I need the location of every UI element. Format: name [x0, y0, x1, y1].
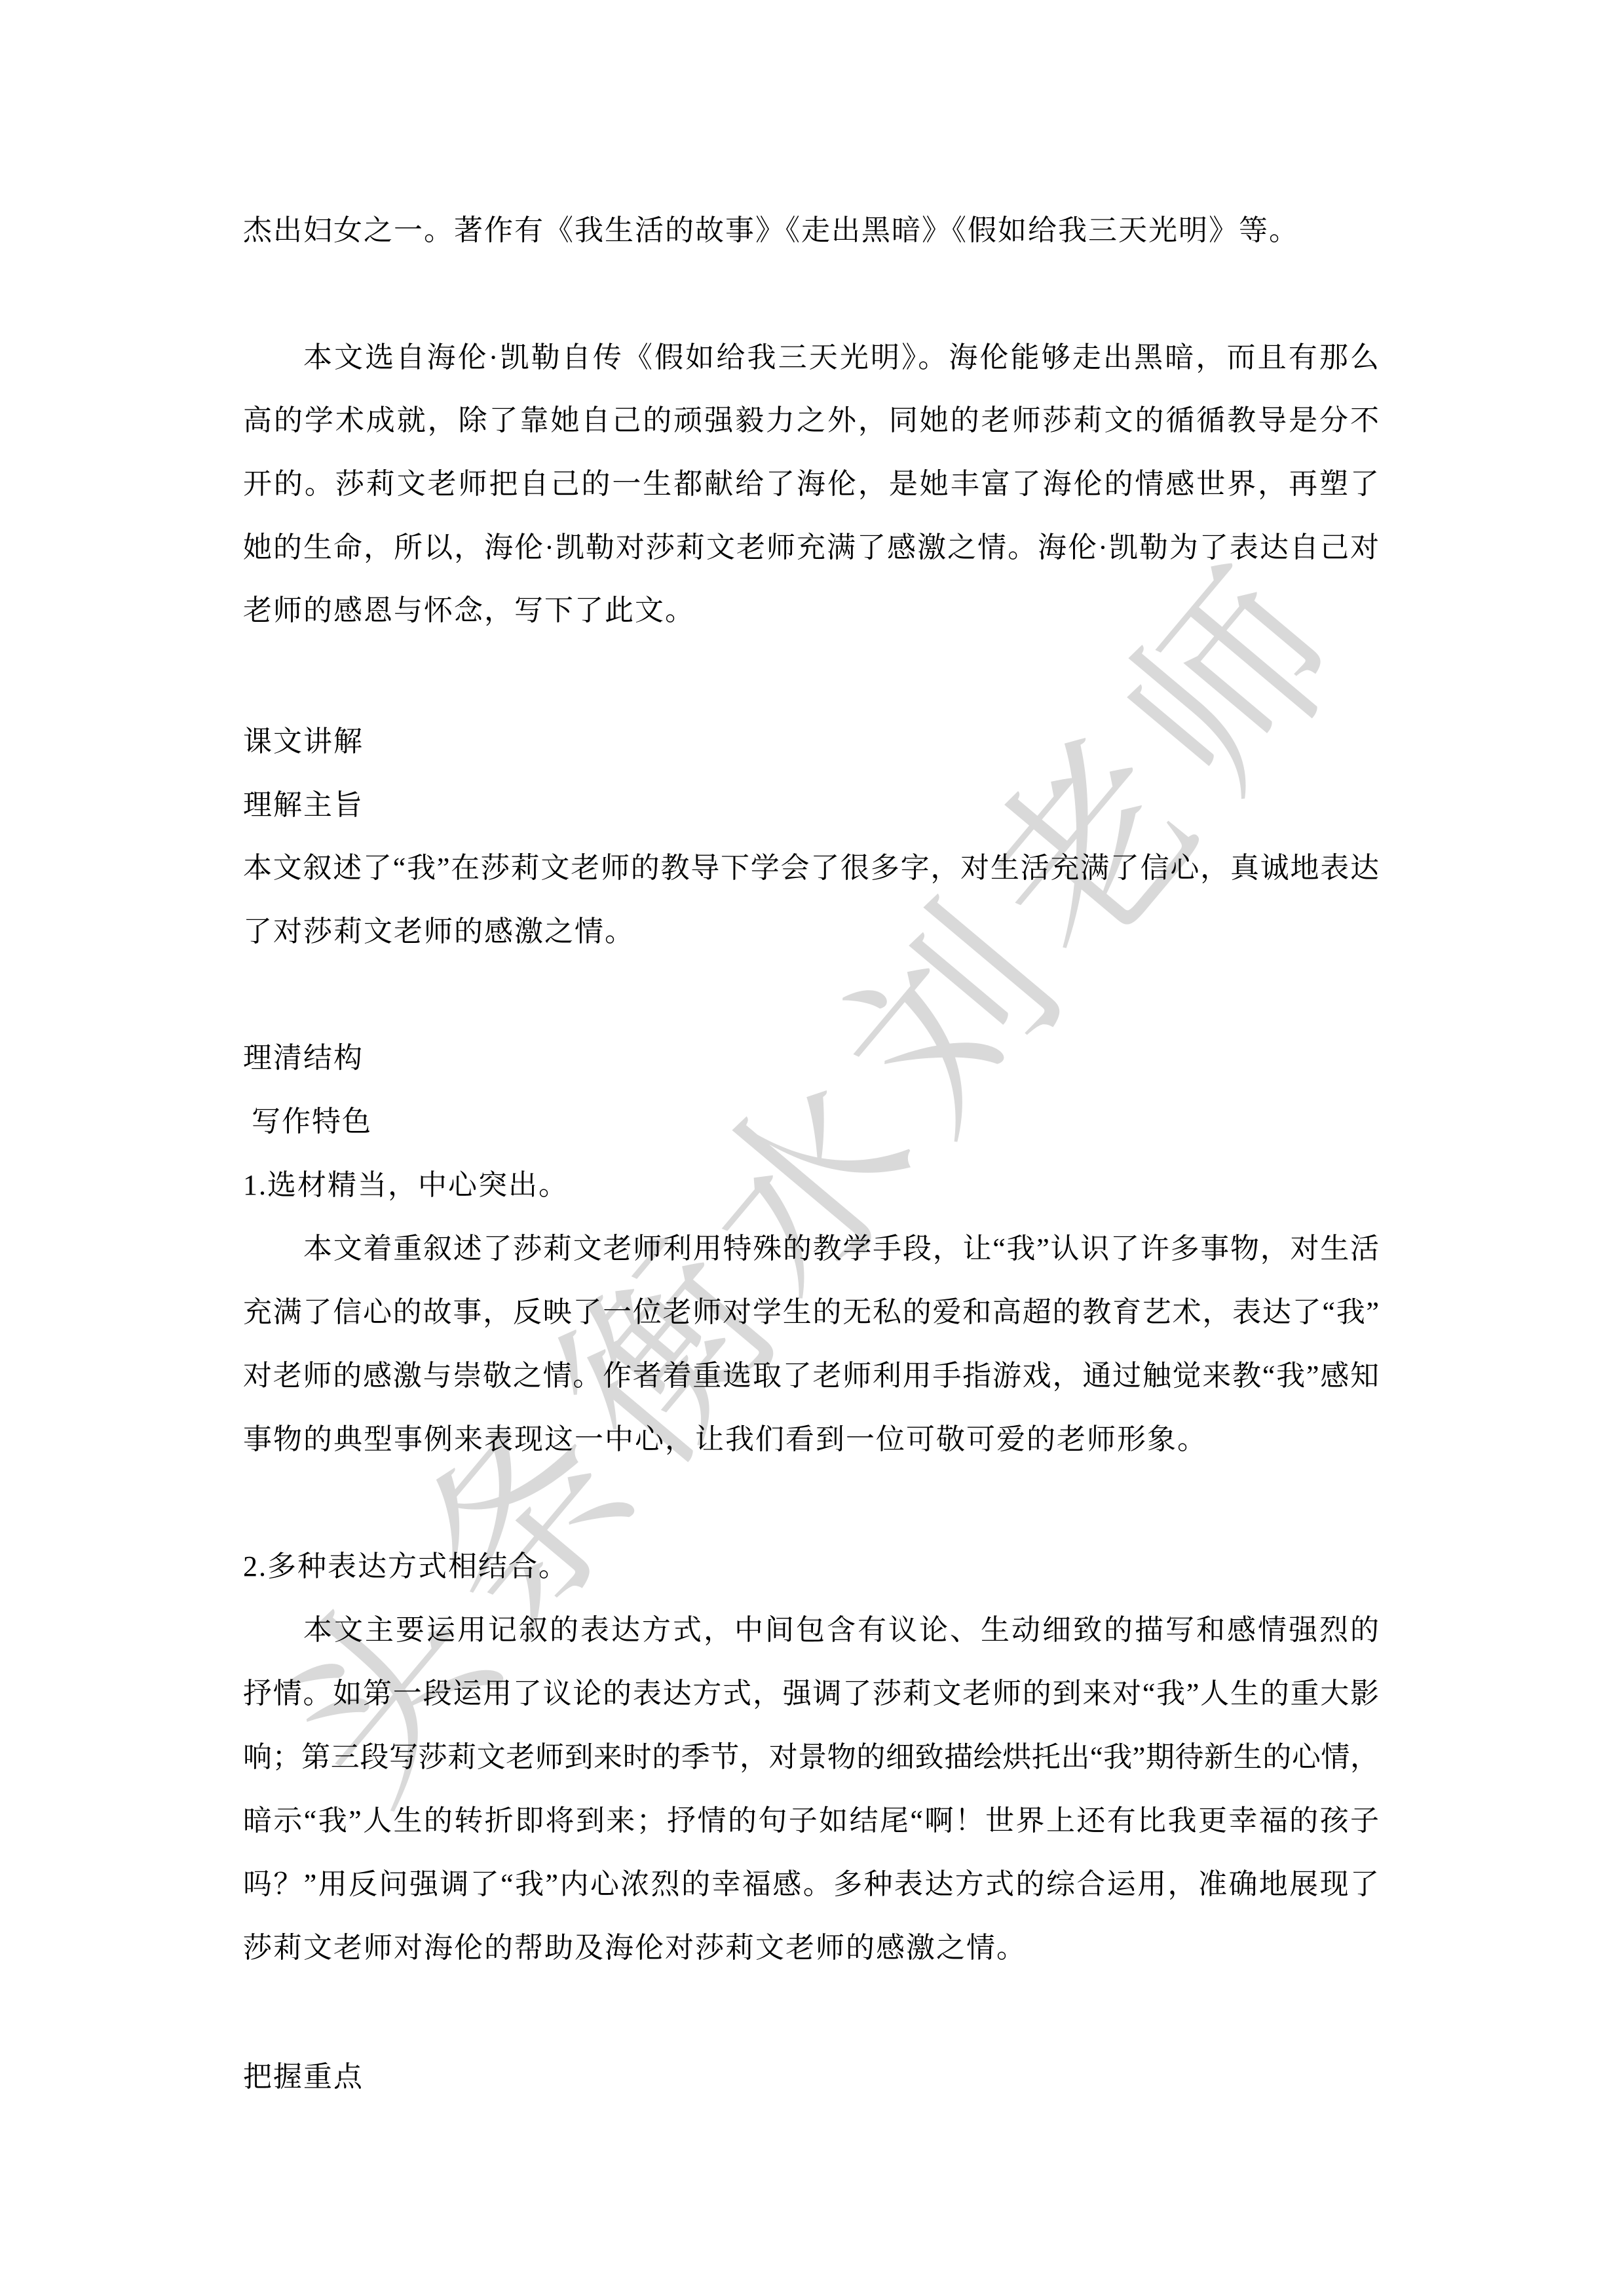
paragraph-line: 莎莉文老师对海伦的帮助及海伦对莎莉文老师的感激之情。: [243, 1917, 1379, 1980]
section-heading: 课文讲解: [243, 710, 1379, 773]
paragraph-line: 她的生命，所以，海伦·凯勒对莎莉文老师充满了感激之情。海伦·凯勒为了表达自己对: [243, 516, 1379, 579]
paragraph-line: 事物的典型事例来表现这一中心，让我们看到一位可敬可爱的老师形象。: [243, 1408, 1379, 1471]
paragraph-line: 充满了信心的故事，反映了一位老师对学生的无私的爱和高超的教育艺术，表达了“我”: [243, 1281, 1379, 1344]
paragraph-line: 开的。莎莉文老师把自己的一生都献给了海伦，是她丰富了海伦的情感世界，再塑了: [243, 453, 1379, 516]
section-heading: 理解主旨: [243, 774, 1379, 837]
paragraph-line: 本文选自海伦·凯勒自传《假如给我三天光明》。海伦能够走出黑暗，而且有那么: [243, 326, 1379, 389]
list-item-heading: 1.选材精当，中心突出。: [243, 1154, 1379, 1217]
section-heading: 把握重点: [243, 2046, 1379, 2109]
section-heading: 写作特色: [243, 1090, 1379, 1153]
paragraph-line: 本文着重叙述了莎莉文老师利用特殊的教学手段，让“我”认识了许多事物，对生活: [243, 1217, 1379, 1280]
paragraph-line: 杰出妇女之一。著作有《我生活的故事》《走出黑暗》《假如给我三天光明》等。: [243, 199, 1379, 262]
section-heading: 理清结构: [243, 1027, 1379, 1090]
paragraph-line: 本文叙述了“我”在莎莉文老师的教导下学会了很多字，对生活充满了信心，真诚地表达: [243, 837, 1379, 900]
paragraph-line: 响；第三段写莎莉文老师到来时的季节，对景物的细致描绘烘托出“我”期待新生的心情，: [243, 1726, 1379, 1789]
paragraph-line: 吗？”用反问强调了“我”内心浓烈的幸福感。多种表达方式的综合运用，准确地展现了: [243, 1853, 1379, 1916]
paragraph-line: 高的学术成就，除了靠她自己的顽强毅力之外，同她的老师莎莉文的循循教导是分不: [243, 389, 1379, 452]
paragraph-line: 老师的感恩与怀念，写下了此文。: [243, 579, 1379, 642]
paragraph-line: 对老师的感激与崇敬之情。作者着重选取了老师利用手指游戏，通过触觉来教“我”感知: [243, 1345, 1379, 1407]
document-page: 头条衡水刘老师 杰出妇女之一。著作有《我生活的故事》《走出黑暗》《假如给我三天光…: [0, 0, 1624, 2296]
list-item-heading: 2.多种表达方式相结合。: [243, 1535, 1379, 1598]
paragraph-line: 抒情。如第一段运用了议论的表达方式，强调了莎莉文老师的到来对“我”人生的重大影: [243, 1662, 1379, 1725]
paragraph-line: 暗示“我”人生的转折即将到来；抒情的句子如结尾“啊！世界上还有比我更幸福的孩子: [243, 1789, 1379, 1852]
paragraph-line: 本文主要运用记叙的表达方式，中间包含有议论、生动细致的描写和感情强烈的: [243, 1599, 1379, 1662]
paragraph-line: 了对莎莉文老师的感激之情。: [243, 900, 1379, 963]
